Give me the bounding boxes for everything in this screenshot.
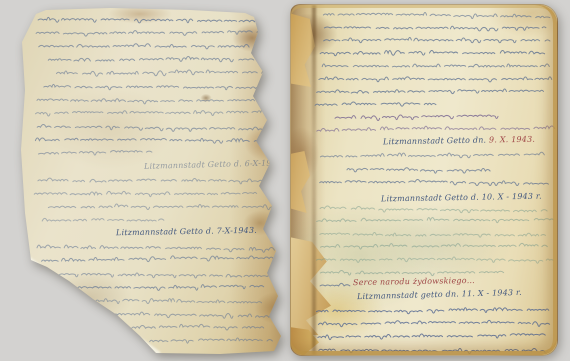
handwriting-line	[316, 257, 557, 263]
diary-page-right: Litzmannstadt Getto dn. 9. X. 1943. Litz…	[290, 4, 558, 356]
handwriting-line	[320, 50, 549, 55]
handwriting-line	[347, 168, 493, 173]
diary-photo: Litzmannstadt Getto d. 6-X-1943. Litzman…	[0, 0, 570, 361]
handwriting-line	[320, 270, 507, 275]
handwriting-line	[318, 320, 553, 326]
handwriting-line	[320, 152, 548, 158]
handwriting-line	[335, 115, 501, 121]
handwriting-line	[318, 334, 551, 340]
entry-heading-right-1-date: 9. X. 1943.	[489, 135, 535, 145]
handwriting-right	[291, 5, 558, 356]
handwriting-line	[317, 89, 546, 94]
handwriting-line	[317, 308, 553, 314]
handwriting-line	[317, 126, 558, 131]
handwriting-line	[320, 283, 354, 286]
handwriting-line	[319, 77, 554, 82]
handwriting-line	[320, 233, 551, 238]
handwriting-line	[324, 37, 556, 42]
handwriting-line	[321, 243, 551, 249]
handwriting-line	[320, 179, 554, 185]
handwriting-line	[324, 26, 551, 31]
right-page-shadow-wrap: Litzmannstadt Getto dn. 9. X. 1943. Litz…	[0, 0, 570, 361]
handwriting-line	[323, 13, 553, 19]
handwriting-line	[319, 348, 552, 353]
handwriting-line	[322, 64, 552, 67]
handwriting-line	[315, 102, 441, 106]
entry-heading-right-1-place: Litzmannstadt Getto dn.	[383, 136, 486, 147]
handwriting-line	[317, 218, 558, 223]
handwriting-line	[320, 206, 552, 213]
